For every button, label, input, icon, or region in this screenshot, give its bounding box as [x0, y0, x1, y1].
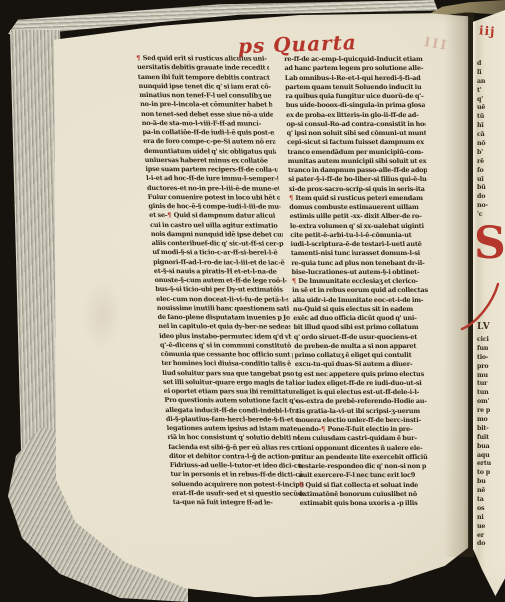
- text-line: cici: [477, 336, 505, 345]
- text-line: an: [477, 78, 505, 87]
- text-line: op-si consul-Ro-ad contra-consistit in h…: [286, 120, 425, 129]
- text-line: tranco in dampnum passo-alle-ff-de adop-: [288, 166, 427, 175]
- text-line: fo: [477, 167, 505, 176]
- text-line: testarie-respondeo dic q' non-si non p: [298, 462, 437, 471]
- text-line: eliget is qui electus est-ut-ff-dele-i-l…: [296, 388, 435, 397]
- text-line: hī: [477, 122, 505, 131]
- text-line: ¶ Item quid si rusticus peteri emendam: [289, 194, 428, 203]
- text-line: in sē et in rebus eorum quid ad collecta…: [292, 286, 431, 295]
- text-line: ni: [477, 514, 505, 523]
- text-line: exēc ad duo officia dicūt quod q' uni-: [293, 314, 432, 323]
- text-line: alia uidr-i-de Imunitate eoc-et-i-de im-: [292, 296, 431, 305]
- text-line: uī: [477, 176, 505, 185]
- text-column-right: re-ff-de ac-emp-l-quicquid-Inducit etiam…: [284, 55, 439, 508]
- text-line: ue: [477, 523, 505, 532]
- text-line: Lab omnibus-i-Re-et-l-qui heredi-§-fi-ad: [285, 74, 424, 83]
- text-line: partem quam tenuit Soluendo inducit iu: [285, 83, 424, 92]
- text-line: re-quia tunc ad plus non tenebant dr-il-: [291, 259, 430, 268]
- text-line: tamenti-nisi tunc iurasset domum-l-si: [291, 249, 430, 258]
- book-photo: ps Quarta III ¶ Sed quid erit si rusticu…: [0, 0, 505, 602]
- text-line: os: [477, 505, 505, 514]
- text-line: re-ff-de ac-emp-l-quicquid-Inducit etiam: [284, 55, 423, 64]
- text-line: iudi-l-scriptura-ē-de testari-l-uetl aut…: [290, 240, 429, 249]
- text-line: tg est nec appetere quis primo electus: [295, 370, 434, 379]
- text-line: tio-: [477, 354, 505, 363]
- text-line: os-extra de prebē-referendo-Hodie au-: [296, 397, 435, 406]
- next-page-edge: iij dlīant'q'uētūhīcānōb'rēfouībūdono-'c…: [473, 10, 505, 602]
- text-line: rē: [477, 158, 505, 167]
- next-page-text-fragments: cicifuntio-promuturtunom're pmobit-fuītb…: [477, 336, 505, 549]
- text-line: fun: [477, 345, 505, 354]
- text-column-left: ¶ Sed quid erit si rusticus alicuius uni…: [136, 54, 305, 508]
- text-line: tun: [477, 389, 505, 398]
- text-line: primo collatuʒ ē eliget qui contulit: [294, 351, 433, 360]
- text-line: munitas autem municipii sibi soluit ut e…: [288, 157, 427, 166]
- text-line: xi-de prox-sacro-scrip-si quis in seris-…: [289, 185, 428, 194]
- text-line: q': [477, 96, 505, 105]
- text-line: re p: [477, 407, 505, 416]
- text-line: q' ordo siruet-ff-de usur-quociens-et: [294, 333, 433, 342]
- text-line: auit exercere-F-l nec tunc erit loc9: [299, 471, 438, 480]
- text-line: ad hanc partem legem pro solutione alle-…: [284, 64, 423, 73]
- text-line: do: [477, 193, 505, 202]
- text-line: tem cuiusdam castri-quidam ē bur-: [297, 434, 436, 443]
- text-line: q' ipsi non soluit sibi sed cōmuni-ut mu…: [287, 129, 426, 138]
- text-line: extimatōnē bonorum cuiuslibet nō: [299, 490, 438, 499]
- text-line: d: [477, 60, 505, 69]
- text-line: nouera electio unler-ff-de berc-insti-: [297, 416, 436, 425]
- next-page-text-fragments: dlīant'q'uētūhīcānōb'rēfouībūdono-'c: [477, 60, 505, 220]
- text-line: excu-tu-qui duas-Si autem a diuer-: [295, 360, 434, 369]
- folio-number: iij: [478, 23, 496, 38]
- text-line: ertu: [477, 460, 505, 469]
- text-line: bit-: [477, 425, 505, 434]
- text-line: ior iudex eliget-ff-de re iudi-duo-ut-si: [295, 379, 434, 388]
- text-line: extimabit quis bona uxoris a -p illis: [300, 499, 439, 508]
- text-line: de preben-de multa a si non apparet: [294, 342, 433, 351]
- text-line: no-: [477, 202, 505, 211]
- folio-ghost-mark: III: [423, 35, 449, 54]
- text-line: le-extra volumen q' si xx-ualebat uigint…: [290, 222, 429, 231]
- text-line: nē: [477, 487, 505, 496]
- text-line: uendo-¶ Pone-T-fuit electio in pre-: [297, 425, 436, 434]
- text-line: ex de proba-ex litteris-in glo-ii-ff-de …: [286, 111, 425, 120]
- text-line: b': [477, 149, 505, 158]
- text-line: ra quibus quia fungitur uice duorū-de q'…: [285, 92, 424, 101]
- text-line: do: [477, 540, 505, 549]
- text-line: cepi-sicut si factum fuisset dampnum ex: [287, 138, 426, 147]
- text-line: bit illud quod sibi est primo collatum: [293, 323, 432, 332]
- text-line: nu-Quid si quis electus sit in eadem: [293, 305, 432, 314]
- text-line: bua: [477, 443, 505, 452]
- text-line: ¶ De Immunitate ecclesiaʒ et clerico-: [292, 277, 431, 286]
- illuminated-initial: S: [474, 222, 505, 266]
- text-line: bise-lucrationes-ut autem-§-i obtinet-: [291, 268, 430, 277]
- chapter-opening: LV: [477, 322, 490, 332]
- text-line: tranco emendādum per municipiū-com-: [287, 148, 426, 157]
- text-line: cite petit-ē-arbi-tu-l-i-ē-cōmunia-ut: [290, 231, 429, 240]
- text-line: cā: [477, 131, 505, 140]
- text-line: tis gratia-la-vi-ut ibi scripsi-ʒ-uerum: [296, 407, 435, 416]
- text-line: si pater-§-i-ff-de bo-liber-si filius qu…: [288, 175, 427, 184]
- text-line: om': [477, 398, 505, 407]
- text-line: bus uide-booox-di-singula-in prima glosa: [286, 101, 425, 110]
- text-line: nō: [477, 140, 505, 149]
- text-line: t': [477, 87, 505, 96]
- text-line: bū: [477, 184, 505, 193]
- text-line: tū: [477, 113, 505, 122]
- paper-stain: [82, 280, 122, 350]
- text-line: ritur an pendente lite exercebit officiū: [298, 453, 437, 462]
- text-line: mo: [477, 416, 505, 425]
- text-line: tur: [477, 380, 505, 389]
- text-line: tioni opponunt dicentes ñ ualere ele-: [298, 444, 437, 453]
- text-line: pro: [477, 363, 505, 372]
- text-line: domus combuste estimauerent uillam: [289, 203, 428, 212]
- text-line: uē: [477, 104, 505, 113]
- text-line: to p: [477, 469, 505, 478]
- book-page: ps Quarta III ¶ Sed quid erit si rusticu…: [0, 0, 505, 602]
- text-line: er: [477, 532, 505, 541]
- text-line: ta-que nā fuit integre ff-ad le-: [173, 498, 306, 508]
- text-line: estimis uille petit -xx- dixit Alber-de …: [289, 212, 428, 221]
- text-line: mu: [477, 372, 505, 381]
- text-line: ¶ Quid si fiat collecta et soluat inde: [299, 481, 438, 490]
- text-line: bu: [477, 478, 505, 487]
- text-line: ta: [477, 496, 505, 505]
- text-line: fuīt: [477, 434, 505, 443]
- text-line: lī: [477, 69, 505, 78]
- text-line: aqu: [477, 452, 505, 461]
